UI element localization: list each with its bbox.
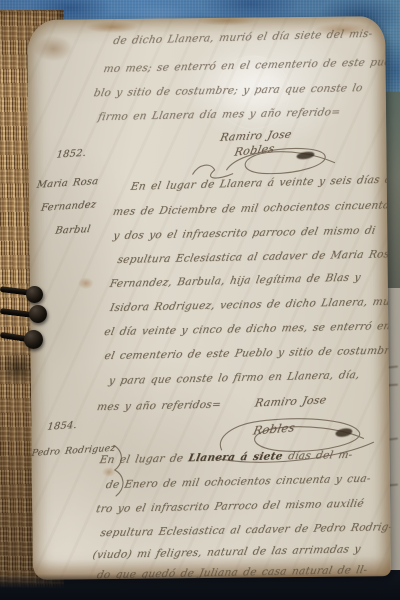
faint-writing-mark [388,365,398,368]
entry-top-line: firmo en Llanera día mes y año referido= [97,106,341,123]
entry-1854-line: de Enero de mil ochocientos cincuenta y … [105,473,372,491]
entry-1852-margin-name: Fernandez [40,199,97,213]
entry-1852-line: mes de Diciembre de mil ochocientos cinc… [112,199,391,218]
entry-1854-line: (viudo) mi feligres, natural de las arri… [92,543,362,561]
manuscript-page: de dicho Llanera, murió el día siete del… [27,16,391,580]
book-photo: de dicho Llanera, murió el día siete del… [0,0,400,600]
entry-1852-line: el día veinte y cinco de dicho mes, se e… [103,320,391,338]
entry-1852-line: sepultura Eclesiastica al cadaver de Mar… [116,248,390,266]
entry-1852-line: y dos yo el infraescrito parroco del mis… [112,225,376,243]
foxing-stain [197,16,257,26]
entry-1852-margin-name: Maria Rosa [36,176,99,191]
entry-1854-line: sepultura Eclesiastica al cadaver de Ped… [99,521,391,539]
pin-head [29,305,47,323]
entry-1852-line: el cementerio de este Pueblo y sitio de … [103,344,390,362]
entry-1852-margin-name: Barbul [54,224,91,237]
entry-1852-line: Isidora Rodriguez, vecinos de dicho Llan… [109,295,391,314]
line-part-bold: Llanera á siete [187,450,289,464]
entry-1852-closing: mes y año referidos= [96,399,222,414]
foxing-stain [78,277,94,289]
entry-1854-margin-year: 1854. [47,420,78,433]
foxing-stain [85,21,139,34]
entry-1852-signer: Ramiro Jose [254,393,328,409]
pin-head [26,286,43,303]
bottom-shadow [0,574,400,600]
line-part: días del m- [287,449,354,462]
pin-head [24,330,43,349]
faint-writing-mark [389,437,398,440]
line-part: En el lugar de [99,452,190,466]
entry-1854-line: tro yo el infrascrito Parroco del mismo … [95,498,365,516]
foxing-stain [33,35,73,61]
entry-1852-line: y para que conste lo firmo en Llanera, d… [108,369,361,387]
entry-top-line: de dicho Llanera, murió el día siete del… [112,28,373,47]
entry-1852-margin-year: 1852. [56,148,87,161]
entry-1852-line: Fernandez, Barbula, hija legítima de Bla… [109,271,362,290]
